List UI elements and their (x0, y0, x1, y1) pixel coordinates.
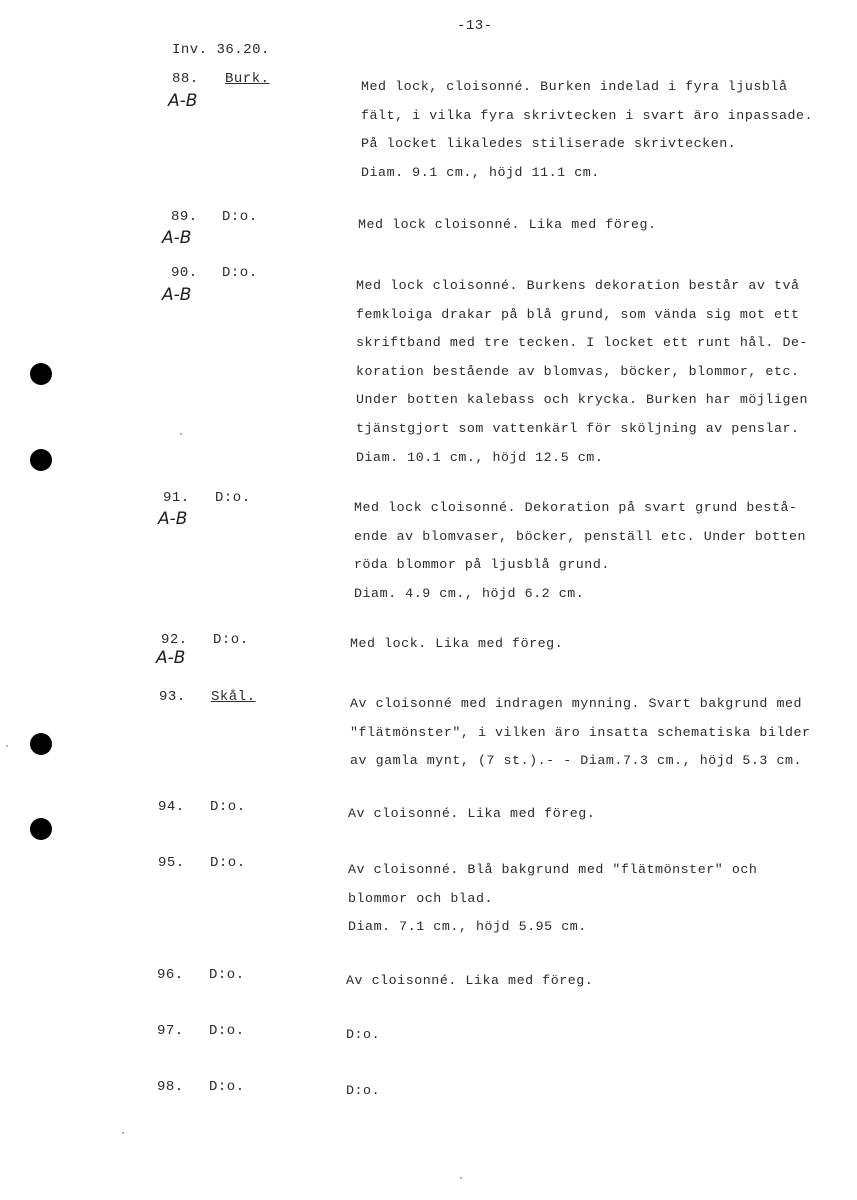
description-line: Med lock cloisonné. Lika med föreg. (358, 211, 657, 240)
entry-type: D:o. (209, 1023, 245, 1039)
description-line: Av cloisonné. Blå bakgrund med "flätmöns… (348, 856, 757, 885)
description-line: koration bestående av blomvas, böcker, b… (356, 358, 808, 387)
handwritten-annotation: A-B (168, 91, 197, 111)
punch-hole (30, 449, 52, 471)
entry-type: D:o. (222, 265, 258, 281)
entry-description: Av cloisonné. Blå bakgrund med "flätmöns… (348, 856, 757, 942)
description-line: Med lock, cloisonné. Burken indelad i fy… (361, 73, 813, 102)
entry-type: Burk. (225, 71, 270, 87)
description-line: av gamla mynt, (7 st.).- - Diam.7.3 cm.,… (350, 747, 811, 776)
entry-type: D:o. (213, 632, 249, 648)
description-line: tjänstgjort som vattenkärl för sköljning… (356, 415, 808, 444)
entry-number: 94. (158, 799, 185, 815)
entry-description: Av cloisonné. Lika med föreg. (346, 967, 593, 996)
entry-type: Skål. (211, 689, 256, 705)
entry-number: 92. (161, 632, 188, 648)
description-line: fält, i vilka fyra skrivtecken i svart ä… (361, 102, 813, 131)
entry-type: D:o. (209, 1079, 245, 1095)
entry-number: 98. (157, 1079, 184, 1095)
description-line: Av cloisonné. Lika med föreg. (348, 800, 595, 829)
description-line: Diam. 9.1 cm., höjd 11.1 cm. (361, 159, 813, 188)
handwritten-annotation: A-B (156, 648, 185, 668)
description-line: Av cloisonné. Lika med föreg. (346, 967, 593, 996)
entry-description: Av cloisonné med indragen mynning. Svart… (350, 690, 811, 776)
description-line: röda blommor på ljusblå grund. (354, 551, 806, 580)
speck (6, 745, 8, 747)
punch-hole (30, 818, 52, 840)
entry-number: 93. (159, 689, 186, 705)
punch-hole (30, 733, 52, 755)
entry-number: 89. (171, 209, 198, 225)
description-line: femkloiga drakar på blå grund, som vända… (356, 301, 808, 330)
entry-type: D:o. (222, 209, 258, 225)
handwritten-annotation: A-B (162, 228, 191, 248)
entry-number: 95. (158, 855, 185, 871)
entry-type: D:o. (209, 967, 245, 983)
description-line: Under botten kalebass och krycka. Burken… (356, 386, 808, 415)
page-number: -13- (457, 18, 493, 34)
entry-number: 88. (172, 71, 199, 87)
description-line: "flätmönster", i vilken äro insatta sche… (350, 719, 811, 748)
entry-description: Med lock cloisonné. Dekoration på svart … (354, 494, 806, 608)
handwritten-annotation: A-B (158, 509, 187, 529)
entry-type: D:o. (215, 490, 251, 506)
handwritten-annotation: A-B (162, 285, 191, 305)
entry-number: 90. (171, 265, 198, 281)
entry-type: D:o. (210, 855, 246, 871)
description-line: Diam. 4.9 cm., höjd 6.2 cm. (354, 580, 806, 609)
entry-description: Med lock cloisonné. Burkens dekoration b… (356, 272, 808, 472)
entry-number: 97. (157, 1023, 184, 1039)
entry-number: 96. (157, 967, 184, 983)
speck (122, 1132, 124, 1134)
description-line: skriftband med tre tecken. I locket ett … (356, 329, 808, 358)
entry-description: Med lock. Lika med föreg. (350, 630, 563, 659)
description-line: D:o. (346, 1021, 380, 1050)
speck (460, 1177, 462, 1179)
description-line: På locket likaledes stiliserade skrivtec… (361, 130, 813, 159)
description-line: D:o. (346, 1077, 380, 1106)
entry-description: D:o. (346, 1077, 380, 1106)
entry-description: Av cloisonné. Lika med föreg. (348, 800, 595, 829)
description-line: Med lock. Lika med föreg. (350, 630, 563, 659)
description-line: Med lock cloisonné. Burkens dekoration b… (356, 272, 808, 301)
punch-hole (30, 363, 52, 385)
entry-description: Med lock, cloisonné. Burken indelad i fy… (361, 73, 813, 187)
entry-number: 91. (163, 490, 190, 506)
description-line: ende av blomvaser, böcker, penställ etc.… (354, 523, 806, 552)
entry-type: D:o. (210, 799, 246, 815)
description-line: Av cloisonné med indragen mynning. Svart… (350, 690, 811, 719)
description-line: Med lock cloisonné. Dekoration på svart … (354, 494, 806, 523)
description-line: Diam. 7.1 cm., höjd 5.95 cm. (348, 913, 757, 942)
description-line: Diam. 10.1 cm., höjd 12.5 cm. (356, 444, 808, 473)
speck (180, 433, 182, 435)
inventory-label: Inv. 36.20. (172, 42, 270, 58)
entry-description: Med lock cloisonné. Lika med föreg. (358, 211, 657, 240)
entry-description: D:o. (346, 1021, 380, 1050)
description-line: blommor och blad. (348, 885, 757, 914)
